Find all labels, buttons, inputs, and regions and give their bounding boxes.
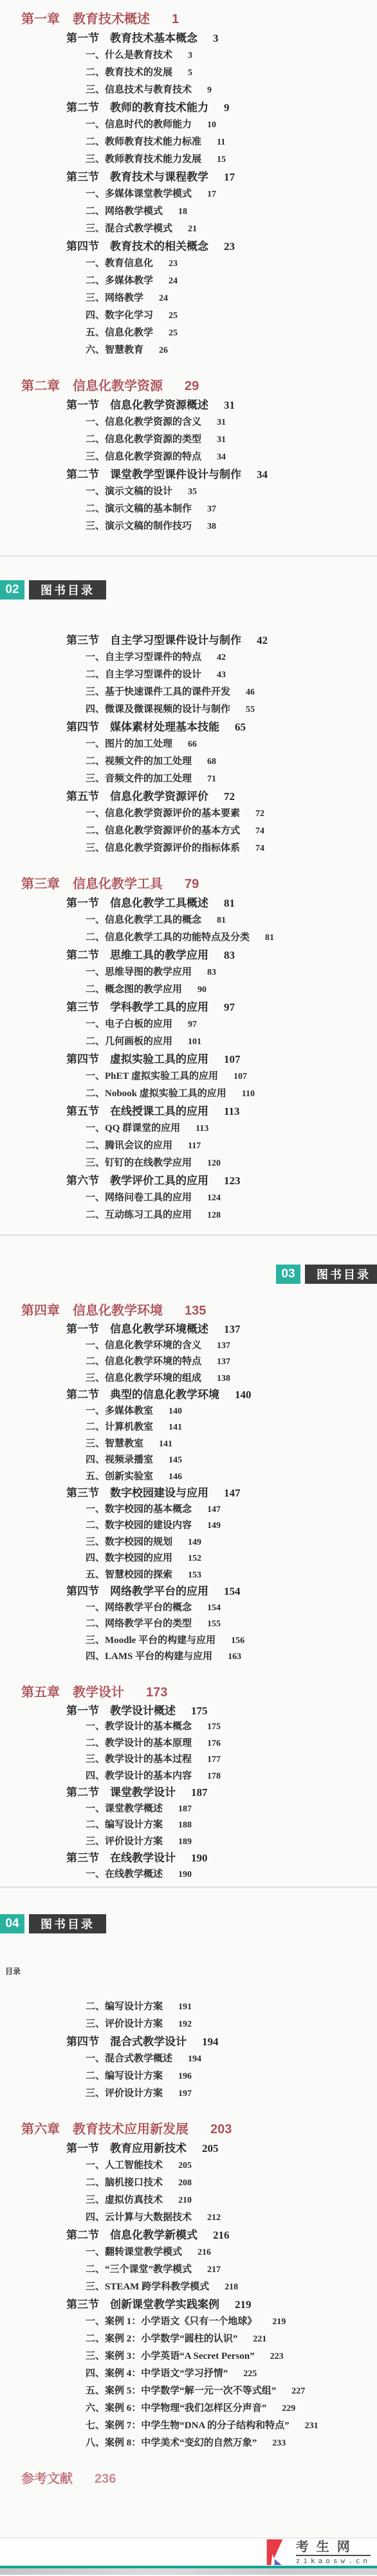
toc-entry-text: 一、网络教学平台的概念	[86, 1600, 192, 1617]
toc-row-item: 三、数字校园的规划149	[0, 1534, 377, 1551]
toc-entry-page: 3	[188, 47, 192, 64]
toc-row-chapter: 第二章 信息化教学资源29	[0, 376, 377, 396]
banner-number: 04	[0, 1914, 24, 1933]
toc-entry-page: 10	[207, 116, 216, 134]
toc-row-item: 四、教学设计的基本内容178	[0, 1768, 377, 1785]
toc-entry-page: 71	[207, 770, 216, 788]
toc-entry-page: 187	[178, 1801, 192, 1818]
toc-entry-text: 第二节 课堂教学型课件设计与制作	[66, 466, 241, 483]
toc-entry-page: 219	[235, 2296, 252, 2313]
toc-row-item: 二、几何画板的应用101	[0, 1033, 377, 1051]
toc-entry-text: 一、信息化教学资源评价的基本要素	[86, 805, 240, 822]
toc-entry-text: 第二节 教师的教育技术能力	[66, 99, 208, 116]
toc-entry-text: 第二节 课堂教学设计	[66, 1784, 176, 1801]
toc-entry-page: 216	[198, 2244, 211, 2261]
toc-entry-text: 四、数字化学习	[86, 307, 153, 324]
toc-entry-page: 140	[235, 1387, 252, 1403]
toc-row-item: 四、数字化学习25	[0, 307, 377, 324]
toc-row-item: 三、评价设计方案197	[0, 2085, 377, 2102]
toc-row-item: 一、思维导图的教学应用83	[0, 964, 377, 981]
toc-entry-text: 三、混合式教学模式	[86, 220, 172, 238]
page-footer: 考生网 zikaosw.cn	[0, 2537, 377, 2575]
toc-entry-text: 一、翻转课堂教学模式	[86, 2244, 182, 2261]
toc-row-item: 四、LAMS 平台的构建与应用163	[0, 1649, 377, 1666]
toc-row-section: 第一节 教育应用新技术205	[0, 2140, 377, 2157]
toc-rows: 第三节 自主学习型课件设计与制作42一、自主学习型课件的特点42二、自主学习型课…	[0, 632, 377, 1224]
toc-entry-text: 第三节 学科教学工具的应用	[66, 999, 208, 1016]
toc-entry-page: 191	[178, 1998, 192, 2016]
toc-entry-text: 二、案例 2：小学数学“圆柱的认识”	[86, 2331, 237, 2348]
toc-entry-text: 第四节 网络教学平台的应用	[66, 1583, 208, 1600]
toc-entry-text: 三、案例 3：小学英语“A Secret Person”	[86, 2348, 255, 2365]
toc-entry-text: 二、视频文件的加工处理	[86, 753, 192, 770]
toc-entry-text: 第五节 在线授课工具的应用	[66, 1103, 208, 1120]
toc-entry-text: 二、互动练习工具的应用	[86, 1207, 192, 1224]
toc-row-item: 三、信息化教学资源的特点34	[0, 449, 377, 466]
toc-row-chapter: 第四章 信息化教学环境135	[0, 1301, 377, 1321]
toc-row-item: 一、多媒体教室140	[0, 1403, 377, 1420]
toc-row-item: 一、信息化教学工具的概念81	[0, 912, 377, 929]
toc-entry-page: 205	[178, 2157, 192, 2174]
toc-row-section: 第二节 课堂教学型课件设计与制作34	[0, 466, 377, 483]
toc-row-item: 五、创新实验室146	[0, 1469, 377, 1486]
toc-row-item: 二、腾讯会议的应用117	[0, 1137, 377, 1155]
toc-entry-text: 第三节 在线教学设计	[66, 1850, 176, 1867]
toc-row-section: 第二节 教师的教育技术能力9	[0, 99, 377, 116]
toc-entry-page: 236	[95, 2469, 116, 2489]
toc-entry-text: 三、Moodle 平台的构建与应用	[86, 1633, 216, 1649]
toc-row-item: 三、基于快速课件工具的课件开发46	[0, 684, 377, 701]
toc-entry-text: 三、评价设计方案	[86, 1834, 163, 1851]
toc-entry-page: 128	[207, 1207, 221, 1224]
toc-entry-text: 四、案例 4：中学语文“学习抒情”	[86, 2365, 228, 2383]
toc-entry-text: 三、信息化教学资源评价的指标体系	[86, 840, 240, 857]
toc-entry-text: 三、音频文件的加工处理	[86, 770, 192, 788]
toc-row-item: 一、什么是教育技术3	[0, 47, 377, 64]
toc-row-section: 第四节 虚拟实验工具的应用107	[0, 1051, 377, 1068]
toc-entry-text: 三、数字校园的规划	[86, 1534, 172, 1551]
toc-entry-page: 90	[198, 981, 207, 999]
toc-entry-text: 一、什么是教育技术	[86, 47, 172, 64]
toc-entry-page: 110	[242, 1085, 255, 1103]
toc-row-item: 二、自主学习型课件的设计43	[0, 666, 377, 684]
toc-row-section: 第三节 自主学习型课件设计与制作42	[0, 632, 377, 649]
toc-entry-page: 31	[224, 396, 235, 414]
toc-entry-text: 三、评价设计方案	[86, 2016, 163, 2033]
toc-entry-page: 188	[178, 1817, 192, 1834]
toc-row-item: 一、翻转课堂教学模式216	[0, 2244, 377, 2261]
toc-entry-text: 第一节 教育技术基本概念	[66, 30, 198, 47]
toc-entry-page: 1	[172, 9, 179, 30]
toc-entry-text: 第一章 教育技术概述	[21, 9, 150, 30]
toc-entry-page: 192	[178, 2016, 192, 2033]
toc-row-item: 一、图片的加工处理66	[0, 736, 377, 753]
toc-entry-text: 一、网络问卷工具的应用	[86, 1189, 192, 1207]
toc-entry-text: 一、在线教学概述	[86, 1867, 163, 1883]
toc-entry-text: 第一节 信息化教学资源概述	[66, 396, 208, 414]
toc-entry-page: 23	[169, 255, 178, 272]
toc-entry-text: 第二节 典型的信息化教学环境	[66, 1387, 219, 1403]
toc-entry-text: 二、数字校园的建设内容	[86, 1518, 192, 1534]
toc-entry-page: 81	[217, 912, 226, 929]
toc-entry-text: 三、评价设计方案	[86, 2085, 163, 2102]
toc-rows: 二、编写设计方案191三、评价设计方案192第四节 混合式教学设计194一、混合…	[0, 1998, 377, 2489]
toc-entry-text: 第二章 信息化教学资源	[21, 376, 163, 396]
toc-page-3: 03图书目录第四章 信息化教学环境135第一节 信息化教学环境概述137一、信息…	[0, 1236, 377, 1887]
toc-entry-text: 第三节 教育技术与课程教学	[66, 168, 208, 186]
toc-entry-text: 二、自主学习型课件的设计	[86, 666, 201, 684]
toc-entry-page: 9	[224, 99, 230, 116]
toc-row-section: 第五节 信息化教学资源评价72	[0, 788, 377, 805]
toc-entry-page: 205	[202, 2140, 219, 2157]
toc-entry-text: 一、信息化教学环境的含义	[86, 1338, 201, 1355]
toc-entry-text: 二、编写设计方案	[86, 1817, 163, 1834]
toc-entry-page: 221	[253, 2331, 266, 2348]
toc-entry-text: 三、演示文稿的制作技巧	[86, 518, 192, 535]
toc-entry-page: 24	[159, 290, 168, 307]
toc-entry-page: 11	[217, 134, 225, 151]
toc-row-item: 二、演示文稿的基本制作37	[0, 501, 377, 518]
toc-row-item: 二、计算机教室141	[0, 1419, 377, 1436]
toc-entry-page: 72	[224, 788, 235, 805]
toc-entry-text: 一、数字校园的基本概念	[86, 1502, 192, 1518]
toc-row-item: 六、案例 6：中学物理“我们怎样区分声音”229	[0, 2400, 377, 2417]
toc-entry-page: 9	[207, 82, 212, 99]
toc-entry-text: 二、计算机教室	[86, 1419, 153, 1436]
toc-row-item: 五、案例 5：中学数学“解一元一次不等式组”227	[0, 2383, 377, 2400]
toc-entry-text: 第四节 媒体素材处理基本技能	[66, 718, 219, 736]
toc-entry-text: 二、教师教育技术能力标准	[86, 134, 201, 151]
toc-row-section: 第二节 思维工具的教学应用83	[0, 946, 377, 964]
toc-entry-page: 79	[185, 874, 199, 894]
toc-entry-text: 一、信息化教学工具的概念	[86, 912, 201, 929]
toc-entry-text: 第一节 信息化教学工具概述	[66, 894, 208, 912]
toc-entry-page: 120	[207, 1155, 221, 1172]
toc-row-item: 四、微课及微课视频的设计与制作55	[0, 701, 377, 718]
toc-entry-text: 一、教育信息化	[86, 255, 153, 272]
toc-entry-page: 203	[210, 2119, 232, 2140]
toc-entry-text: 第四节 虚拟实验工具的应用	[66, 1051, 208, 1068]
toc-entry-page: 187	[191, 1784, 208, 1801]
toc-entry-page: 26	[159, 342, 168, 359]
toc-entry-page: 208	[178, 2174, 192, 2192]
toc-row-chapter: 第五章 教学设计173	[0, 1682, 377, 1703]
toc-row-item: 五、信息化教学25	[0, 324, 377, 342]
toc-row-item: 三、信息技术与教育技术9	[0, 82, 377, 99]
toc-entry-page: 107	[224, 1051, 241, 1068]
toc-entry-text: 二、信息化教学工具的功能特点及分类	[86, 929, 250, 946]
toc-entry-page: 18	[178, 203, 187, 220]
toc-entry-page: 113	[224, 1103, 240, 1120]
toc-entry-text: 二、信息化教学资源评价的基本方式	[86, 822, 240, 840]
toc-entry-page: 233	[272, 2435, 286, 2452]
toc-entry-text: 第四章 信息化教学环境	[21, 1301, 163, 1321]
toc-entry-page: 137	[217, 1338, 230, 1355]
toc-entry-page: 38	[207, 518, 216, 535]
toc-entry-text: 一、教学设计的基本概念	[86, 1719, 192, 1736]
toc-row-section: 第四节 媒体素材处理基本技能65	[0, 718, 377, 736]
toc-entry-text: 二、腾讯会议的应用	[86, 1137, 172, 1155]
footer-brand-bar: 考生网 zikaosw.cn	[0, 2539, 377, 2566]
toc-entry-page: 81	[224, 894, 235, 912]
toc-row-section: 第二节 课堂教学设计187	[0, 1784, 377, 1801]
toc-entry-page: 34	[217, 449, 226, 466]
toc-row-item: 一、演示文稿的设计35	[0, 483, 377, 501]
toc-entry-text: 二、演示文稿的基本制作	[86, 501, 192, 518]
toc-entry-page: 3	[213, 30, 219, 47]
toc-entry-text: 一、混合式教学概述	[86, 2050, 172, 2068]
toc-row-item: 三、演示文稿的制作技巧38	[0, 518, 377, 535]
toc-entry-text: 二、“三个课堂”教学模式	[86, 2261, 192, 2278]
toc-entry-page: 24	[169, 272, 178, 290]
toc-row-item: 一、信息化教学资源的含义31	[0, 414, 377, 431]
toc-sections: 第一章 教育技术概述1第一节 教育技术基本概念3一、什么是教育技术3二、教育技术…	[0, 0, 377, 2537]
toc-page-1: 第一章 教育技术概述1第一节 教育技术基本概念3一、什么是教育技术3二、教育技术…	[0, 0, 377, 555]
toc-entry-text: 第五节 信息化教学资源评价	[66, 788, 208, 805]
toc-row-item: 二、教育技术的发展5	[0, 64, 377, 82]
toc-row-item: 三、评价设计方案192	[0, 2016, 377, 2033]
toc-entry-page: 217	[207, 2261, 221, 2278]
brand-domain: zikaosw.cn	[296, 2555, 371, 2565]
toc-entry-page: 141	[159, 1436, 172, 1453]
toc-entry-text: 第三节 数字校园建设与应用	[66, 1485, 208, 1502]
toc-row-item: 一、案例 1：小学语文《只有一个地球》219	[0, 2313, 377, 2331]
toc-row-section: 第六节 教学评价工具的应用123	[0, 1172, 377, 1189]
toc-row-item: 三、信息化教学资源评价的指标体系74	[0, 840, 377, 857]
toc-row-item: 六、智慧教育26	[0, 342, 377, 359]
toc-entry-text: 三、信息化教学环境的组成	[86, 1371, 201, 1387]
toc-rows: 第四章 信息化教学环境135第一节 信息化教学环境概述137一、信息化教学环境的…	[0, 1301, 377, 1883]
toc-entry-page: 140	[169, 1403, 182, 1420]
toc-entry-page: 153	[188, 1567, 201, 1584]
toc-row-item: 一、数字校园的基本概念147	[0, 1502, 377, 1518]
toc-entry-text: 二、脑机接口技术	[86, 2174, 163, 2192]
toc-entry-text: 三、STEAM 跨学科教学模式	[86, 2278, 209, 2296]
toc-row-item: 二、信息化教学工具的功能特点及分类81	[0, 929, 377, 946]
toc-row-item: 一、人工智能技术205	[0, 2157, 377, 2174]
toc-entry-page: 25	[169, 324, 178, 342]
section-banner-03: 03图书目录	[0, 1265, 377, 1284]
toc-entry-text: 一、QQ 群课堂的应用	[86, 1120, 180, 1137]
toc-row-section: 第三节 学科教学工具的应用97	[0, 999, 377, 1016]
toc-entry-text: 参考文献	[21, 2469, 73, 2489]
toc-entry-page: 149	[207, 1518, 221, 1534]
toc-entry-page: 117	[188, 1137, 201, 1155]
banner-number: 03	[276, 1265, 300, 1284]
toc-row-item: 三、STEAM 跨学科教学模式218	[0, 2278, 377, 2296]
toc-row-item: 二、“三个课堂”教学模式217	[0, 2261, 377, 2278]
toc-entry-text: 第三节 自主学习型课件设计与制作	[66, 632, 241, 649]
toc-row-section: 第四节 教育技术的相关概念23	[0, 238, 377, 255]
toc-row-item: 一、在线教学概述190	[0, 1867, 377, 1883]
toc-entry-page: 155	[207, 1616, 221, 1633]
toc-row-section: 第一节 信息化教学工具概述81	[0, 894, 377, 912]
toc-entry-page: 123	[224, 1172, 241, 1189]
toc-entry-text: 二、编写设计方案	[86, 1998, 163, 2016]
toc-entry-text: 一、信息时代的教师能力	[86, 116, 192, 134]
toc-row-item: 四、视频录播室145	[0, 1452, 377, 1469]
toc-entry-page: 141	[169, 1419, 182, 1436]
toc-entry-page: 147	[207, 1502, 221, 1518]
toc-entry-page: 107	[234, 1068, 247, 1085]
toc-entry-page: 34	[257, 466, 268, 483]
toc-entry-text: 五、创新实验室	[86, 1469, 153, 1486]
toc-entry-page: 66	[188, 736, 197, 753]
toc-row-item: 四、数字校园的应用152	[0, 1550, 377, 1567]
toc-entry-page: 97	[188, 1016, 197, 1033]
toc-row-ref: 参考文献236	[0, 2469, 377, 2489]
toc-row-item: 三、评价设计方案189	[0, 1834, 377, 1851]
toc-entry-page: 25	[169, 307, 178, 324]
toc-row-item: 一、PhET 虚拟实验工具的应用107	[0, 1068, 377, 1085]
toc-row-chapter: 第六章 教育技术应用新发展203	[0, 2119, 377, 2140]
toc-entry-page: 29	[185, 376, 199, 396]
toc-entry-text: 第三章 信息化教学工具	[21, 874, 163, 894]
toc-row-section: 第一节 教育技术基本概念3	[0, 30, 377, 47]
toc-entry-page: 31	[217, 414, 226, 431]
toc-entry-text: 三、网络教学	[86, 290, 143, 307]
toc-row-item: 三、教师教育技术能力发展15	[0, 151, 377, 168]
toc-entry-page: 197	[178, 2085, 192, 2102]
toc-row-section: 第二节 典型的信息化教学环境140	[0, 1387, 377, 1403]
brand-name: 考生网	[296, 2541, 371, 2554]
toc-row-chapter: 第一章 教育技术概述1	[0, 9, 377, 30]
toc-entry-page: 176	[207, 1736, 221, 1752]
toc-entry-text: 五、案例 5：中学数学“解一元一次不等式组”	[86, 2383, 276, 2400]
toc-entry-page: 55	[246, 701, 255, 718]
toc-entry-text: 第一节 教育应用新技术	[66, 2140, 187, 2157]
toc-entry-page: 177	[207, 1752, 221, 1768]
toc-row-item: 二、编写设计方案191	[0, 1998, 377, 2016]
toc-entry-page: 194	[202, 2033, 219, 2050]
toc-entry-text: 四、LAMS 平台的构建与应用	[86, 1649, 212, 1666]
toc-page-4: 04图书目录目录二、编写设计方案191三、评价设计方案192第四节 混合式教学设…	[0, 1888, 377, 2537]
toc-entry-text: 三、教学设计的基本过程	[86, 1752, 192, 1768]
toc-entry-text: 二、编写设计方案	[86, 2068, 163, 2085]
toc-entry-page: 190	[191, 1850, 208, 1867]
toc-entry-text: 一、信息化教学资源的含义	[86, 414, 201, 431]
toc-entry-page: 74	[255, 822, 264, 840]
toc-entry-page: 154	[224, 1583, 241, 1600]
toc-entry-text: 第六节 教学评价工具的应用	[66, 1172, 208, 1189]
toc-entry-text: 三、信息化教学资源的特点	[86, 449, 201, 466]
toc-entry-page: 196	[178, 2068, 192, 2085]
toc-row-section: 第三节 教育技术与课程教学17	[0, 168, 377, 186]
toc-row-section: 第一节 信息化教学资源概述31	[0, 396, 377, 414]
toc-row-section: 第三节 创新课堂教学实践案例219	[0, 2296, 377, 2313]
toc-entry-text: 三、钉钉的在线教学应用	[86, 1155, 192, 1172]
toc-row-item: 二、信息化教学资源的类型31	[0, 431, 377, 449]
toc-entry-text: 四、微课及微课视频的设计与制作	[86, 701, 230, 718]
toc-row-section: 第一节 信息化教学环境概述137	[0, 1321, 377, 1338]
toc-entry-text: 二、几何画板的应用	[86, 1033, 172, 1051]
toc-row-item: 一、电子白板的应用97	[0, 1016, 377, 1033]
toc-row-item: 一、信息化教学环境的含义137	[0, 1338, 377, 1355]
toc-entry-page: 194	[188, 2050, 201, 2068]
toc-entry-page: 101	[188, 1033, 201, 1051]
toc-entry-page: 42	[217, 649, 226, 666]
toc-entry-page: 154	[207, 1600, 221, 1617]
toc-row-item: 二、概念图的教学应用90	[0, 981, 377, 999]
toc-entry-text: 四、教学设计的基本内容	[86, 1768, 192, 1785]
toc-row-item: 三、信息化教学环境的组成138	[0, 1371, 377, 1387]
toc-entry-page: 42	[257, 632, 268, 649]
toc-row-item: 二、编写设计方案196	[0, 2068, 377, 2085]
toc-row-item: 七、案例 7：中学生物“DNA 的分子结构和特点”231	[0, 2417, 377, 2435]
kaosheng-logo: 考生网 zikaosw.cn	[265, 2539, 371, 2565]
toc-row-item: 二、网络教学平台的类型155	[0, 1616, 377, 1633]
toc-entry-page: 152	[188, 1550, 201, 1567]
toc-row-item: 二、数字校园的建设内容149	[0, 1518, 377, 1534]
footer-marble-strip	[0, 2568, 377, 2575]
toc-row-item: 五、智慧校园的探索153	[0, 1567, 377, 1584]
toc-entry-text: 一、PhET 虚拟实验工具的应用	[86, 1068, 218, 1085]
toc-entry-page: 81	[265, 929, 274, 946]
toc-entry-text: 五、智慧校园的探索	[86, 1567, 172, 1584]
toc-entry-text: 一、自主学习型课件的特点	[86, 649, 201, 666]
toc-entry-page: 5	[188, 64, 192, 82]
toc-row-item: 二、教学设计的基本原理176	[0, 1736, 377, 1752]
toc-entry-text: 二、教学设计的基本原理	[86, 1736, 192, 1752]
toc-row-section: 第二节 信息化教学新模式216	[0, 2226, 377, 2244]
corner-label: 目录	[5, 1966, 377, 1976]
toc-row-item: 二、编写设计方案188	[0, 1817, 377, 1834]
toc-entry-text: 六、智慧教育	[86, 342, 143, 359]
toc-entry-text: 一、演示文稿的设计	[86, 483, 172, 501]
toc-entry-page: 83	[207, 964, 216, 981]
toc-row-item: 四、案例 4：中学语文“学习抒情”225	[0, 2365, 377, 2383]
toc-entry-page: 156	[231, 1633, 244, 1649]
toc-entry-page: 225	[243, 2365, 257, 2383]
toc-entry-text: 三、教师教育技术能力发展	[86, 151, 201, 168]
toc-entry-page: 227	[291, 2383, 305, 2400]
toc-entry-page: 223	[270, 2348, 284, 2365]
toc-entry-page: 72	[255, 805, 264, 822]
toc-entry-page: 163	[228, 1649, 241, 1666]
toc-entry-text: 三、信息技术与教育技术	[86, 82, 192, 99]
toc-entry-text: 第四节 混合式教学设计	[66, 2033, 187, 2050]
toc-entry-text: 四、数字校园的应用	[86, 1550, 172, 1567]
toc-entry-text: 二、概念图的教学应用	[86, 981, 182, 999]
toc-entry-text: 二、网络教学平台的类型	[86, 1616, 192, 1633]
toc-entry-page: 219	[272, 2313, 286, 2331]
toc-entry-text: 五、信息化教学	[86, 324, 153, 342]
toc-entry-text: 第六章 教育技术应用新发展	[21, 2119, 188, 2140]
toc-entry-page: 124	[207, 1189, 221, 1207]
toc-row-item: 四、云计算与大数据技术212	[0, 2209, 377, 2226]
toc-row-item: 一、多媒体课堂教学模式17	[0, 186, 377, 203]
toc-row-item: 一、信息化教学资源评价的基本要素72	[0, 805, 377, 822]
toc-entry-text: 一、电子白板的应用	[86, 1016, 172, 1033]
toc-entry-page: 147	[224, 1485, 241, 1502]
toc-entry-text: 八、案例 8：中学美术“变幻的自然万象”	[86, 2435, 257, 2452]
section-banner-02: 02图书目录	[0, 580, 377, 600]
toc-entry-text: 四、云计算与大数据技术	[86, 2209, 192, 2226]
toc-entry-page: 229	[282, 2400, 295, 2417]
toc-page-2: 02图书目录第三节 自主学习型课件设计与制作42一、自主学习型课件的特点42二、…	[0, 557, 377, 1234]
banner-label: 图书目录	[29, 580, 106, 600]
toc-row-item: 一、课堂教学概述187	[0, 1801, 377, 1818]
toc-row-item: 三、虚拟仿真技术210	[0, 2192, 377, 2209]
toc-entry-text: 第一节 信息化教学环境概述	[66, 1321, 208, 1338]
toc-entry-text: 第三节 创新课堂教学实践案例	[66, 2296, 219, 2313]
toc-entry-text: 六、案例 6：中学物理“我们怎样区分声音”	[86, 2400, 266, 2417]
toc-row-item: 一、教学设计的基本概念175	[0, 1719, 377, 1736]
toc-entry-page: 135	[185, 1301, 206, 1321]
toc-entry-text: 一、课堂教学概述	[86, 1801, 163, 1818]
toc-entry-page: 68	[207, 753, 216, 770]
toc-entry-text: 二、教育技术的发展	[86, 64, 172, 82]
